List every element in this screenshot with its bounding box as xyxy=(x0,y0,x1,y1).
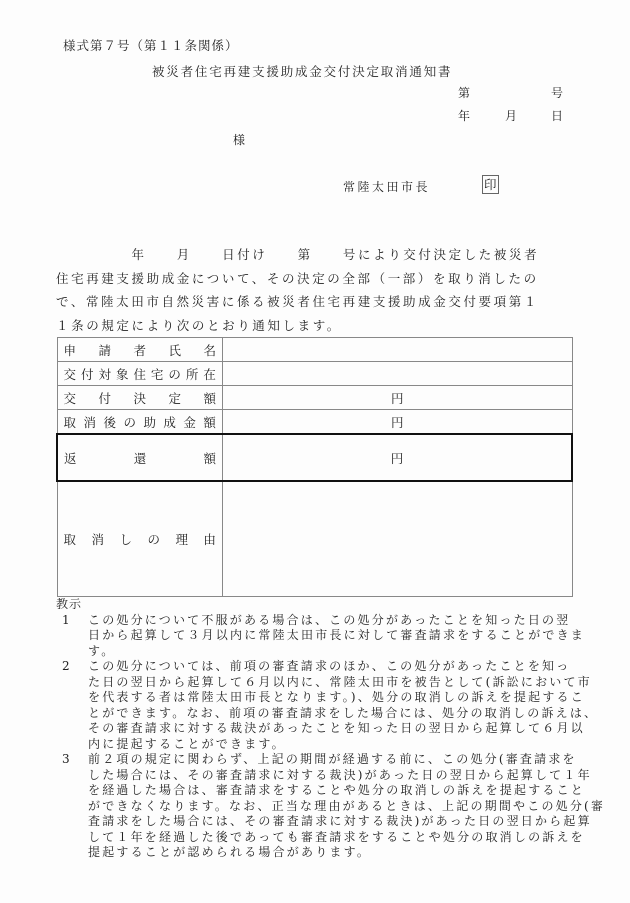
notice-line: を代表する者は常陸太田市長となります。)、処分の取消しの訴えを提起するこ xyxy=(88,690,598,706)
notice-line: 日から起算して３月以内に常陸太田市長に対して審査請求をすることができま xyxy=(88,628,585,644)
label-char: 象 xyxy=(116,365,129,383)
label-chars: 返還額 xyxy=(64,449,216,467)
table-row-applicant-name: 申請者氏名 xyxy=(57,338,572,362)
body-line: 年 月 日付け 第 号により交付決定した被災者 xyxy=(56,243,576,267)
table-row-refund-amount: 返還額 円 xyxy=(57,434,572,481)
label-char: 額 xyxy=(203,389,216,407)
notice-item-number: 1 xyxy=(56,613,88,660)
notice-line: この処分については、前項の審査請求のほか、この処分があったことを知っ xyxy=(88,659,598,675)
label-char: 取 xyxy=(64,413,77,431)
info-table: 申請者氏名 交付対象住宅の所在 交付決定額 円 取消後の助成金額 円 返還額 円… xyxy=(56,337,573,597)
label-char: の xyxy=(123,413,136,431)
cancel-reason-field[interactable] xyxy=(223,481,573,597)
label-chars: 交付対象住宅の所在 xyxy=(64,365,217,383)
label-char: 成 xyxy=(163,413,176,431)
notice-item-number: 3 xyxy=(56,752,88,861)
label-char: 交 xyxy=(64,365,77,383)
house-location-field[interactable] xyxy=(223,362,573,386)
label-char: 住 xyxy=(133,365,146,383)
notice-line: 前２項の規定に関わらず、上記の期間が経過する前に、この処分(審査請求を xyxy=(88,752,605,768)
label-char: 由 xyxy=(203,530,216,548)
label-char: 申 xyxy=(64,341,77,359)
notice-item-text: この処分について不服がある場合は、この処分があったことを知った日の翌日から起算し… xyxy=(88,613,585,660)
notice-heading: 教示 xyxy=(56,597,576,613)
notice-item: 3 前２項の規定に関わらず、上記の期間が経過する前に、この処分(審査請求をした場… xyxy=(56,752,576,861)
label-char: の xyxy=(147,530,160,548)
notice-line: その審査請求に対する裁決があったことを知った日の翌日から起算して６月以 xyxy=(88,721,598,737)
row-label: 取消しの理由 xyxy=(57,481,223,597)
label-char: 所 xyxy=(186,365,199,383)
label-char: 名 xyxy=(203,341,216,359)
label-char: 助 xyxy=(143,413,156,431)
label-char: 還 xyxy=(134,449,147,467)
label-char: 理 xyxy=(175,530,188,548)
label-char: 消 xyxy=(91,530,104,548)
notice-item: 1 この処分について不服がある場合は、この処分があったことを知った日の翌日から起… xyxy=(56,613,576,660)
notice-line: この処分について不服がある場合は、この処分があったことを知った日の翌 xyxy=(88,613,585,629)
row-label: 交付対象住宅の所在 xyxy=(57,362,223,386)
notice-item-text: 前２項の規定に関わらず、上記の期間が経過する前に、この処分(審査請求をした場合に… xyxy=(88,752,605,861)
label-char: の xyxy=(168,365,181,383)
label-chars: 交付決定額 xyxy=(64,389,217,407)
label-char: 付 xyxy=(98,389,111,407)
issuer: 常陸太田市長 xyxy=(343,178,430,195)
label-char: 取 xyxy=(64,530,77,548)
table-row-post-cancel-amount: 取消後の助成金額 円 xyxy=(57,410,572,435)
label-char: 消 xyxy=(83,413,96,431)
label-char: 定 xyxy=(168,389,181,407)
doc-number-suffix: 号 xyxy=(551,84,563,101)
document-title: 被災者住宅再建支援助成金交付決定取消通知書 xyxy=(152,62,452,80)
notice-item: 2 この処分については、前項の審査請求のほか、この処分があったことを知った日の翌… xyxy=(56,659,576,752)
body-line: 住宅再建支援助成金について、その決定の全部（一部）を取り消したの xyxy=(56,267,576,291)
row-label: 交付決定額 xyxy=(57,386,223,410)
label-chars: 取消後の助成金額 xyxy=(64,413,217,431)
notice-item-number: 2 xyxy=(56,659,88,752)
date-day: 日 xyxy=(551,107,563,124)
notice-line: を経過した場合は、審査請求をすることや処分の取消しの訴えを提起すること xyxy=(88,783,605,799)
notice-line: 提起することが認められる場合があります。 xyxy=(88,845,605,861)
table-row-cancel-reason: 取消しの理由 xyxy=(57,481,572,597)
label-char: 付 xyxy=(81,365,94,383)
label-char: 対 xyxy=(98,365,111,383)
post-cancel-amount-field[interactable]: 円 xyxy=(223,410,573,435)
label-char: 交 xyxy=(64,389,77,407)
notice-line: とができます。なお、前項の審査請求をした場合には、処分の取消しの訴えは、 xyxy=(88,706,598,722)
row-label: 取消後の助成金額 xyxy=(57,410,223,435)
notice-line: ができなくなります。なお、正当な理由があるときは、上記の期間やこの処分(審 xyxy=(88,799,605,815)
label-chars: 申請者氏名 xyxy=(64,341,217,359)
appeal-notice: 教示 1 この処分について不服がある場合は、この処分があったことを知った日の翌日… xyxy=(56,597,576,861)
label-char: 宅 xyxy=(151,365,164,383)
row-label: 返還額 xyxy=(57,434,223,481)
addressee-suffix: 様 xyxy=(233,131,245,148)
label-char: 後 xyxy=(103,413,116,431)
notice-line: した場合には、その審査請求に対する裁決)があった日の翌日から起算して１年 xyxy=(88,768,605,784)
label-char: 氏 xyxy=(168,341,181,359)
label-char: 額 xyxy=(203,449,216,467)
body-paragraph: 年 月 日付け 第 号により交付決定した被災者 住宅再建支援助成金について、その… xyxy=(56,243,576,337)
label-char: 請 xyxy=(98,341,111,359)
row-label: 申請者氏名 xyxy=(57,338,223,362)
label-char: 決 xyxy=(133,389,146,407)
date-month: 月 xyxy=(505,107,517,124)
table-row-house-location: 交付対象住宅の所在 xyxy=(57,362,572,386)
label-char: 返 xyxy=(64,449,77,467)
label-char: し xyxy=(119,530,132,548)
body-line: で、常陸太田市自然災害に係る被災者住宅再建支援助成金交付要項第１ xyxy=(56,290,576,314)
notice-line: して１年を経過した後であっても審査請求をすることや処分の取消しの訴えを xyxy=(88,830,605,846)
label-chars: 取消しの理由 xyxy=(64,530,217,548)
seal-mark: 印 xyxy=(482,175,499,194)
notice-item-text: この処分については、前項の審査請求のほか、この処分があったことを知った日の翌日か… xyxy=(88,659,598,752)
granted-amount-field[interactable]: 円 xyxy=(223,386,573,410)
date-year: 年 xyxy=(458,107,470,124)
label-char: 額 xyxy=(203,413,216,431)
refund-amount-field[interactable]: 円 xyxy=(223,434,573,481)
notice-line: た日の翌日から起算して６月以内に、常陸太田市を被告として(訴訟において市 xyxy=(88,675,598,691)
form-number: 様式第７号（第１１条関係） xyxy=(63,36,239,54)
notice-line: す。 xyxy=(88,644,585,660)
label-char: 金 xyxy=(183,413,196,431)
notice-line: 査請求をした場合には、その審査請求に対する裁決)があった日の翌日から起算 xyxy=(88,814,605,830)
doc-number-prefix: 第 xyxy=(458,84,470,101)
label-char: 在 xyxy=(203,365,216,383)
table-row-granted-amount: 交付決定額 円 xyxy=(57,386,572,410)
label-char: 者 xyxy=(133,341,146,359)
body-line: １条の規定により次のとおり通知します。 xyxy=(56,314,576,338)
applicant-name-field[interactable] xyxy=(223,338,573,362)
notice-line: 内に提起することができます。 xyxy=(88,737,598,753)
